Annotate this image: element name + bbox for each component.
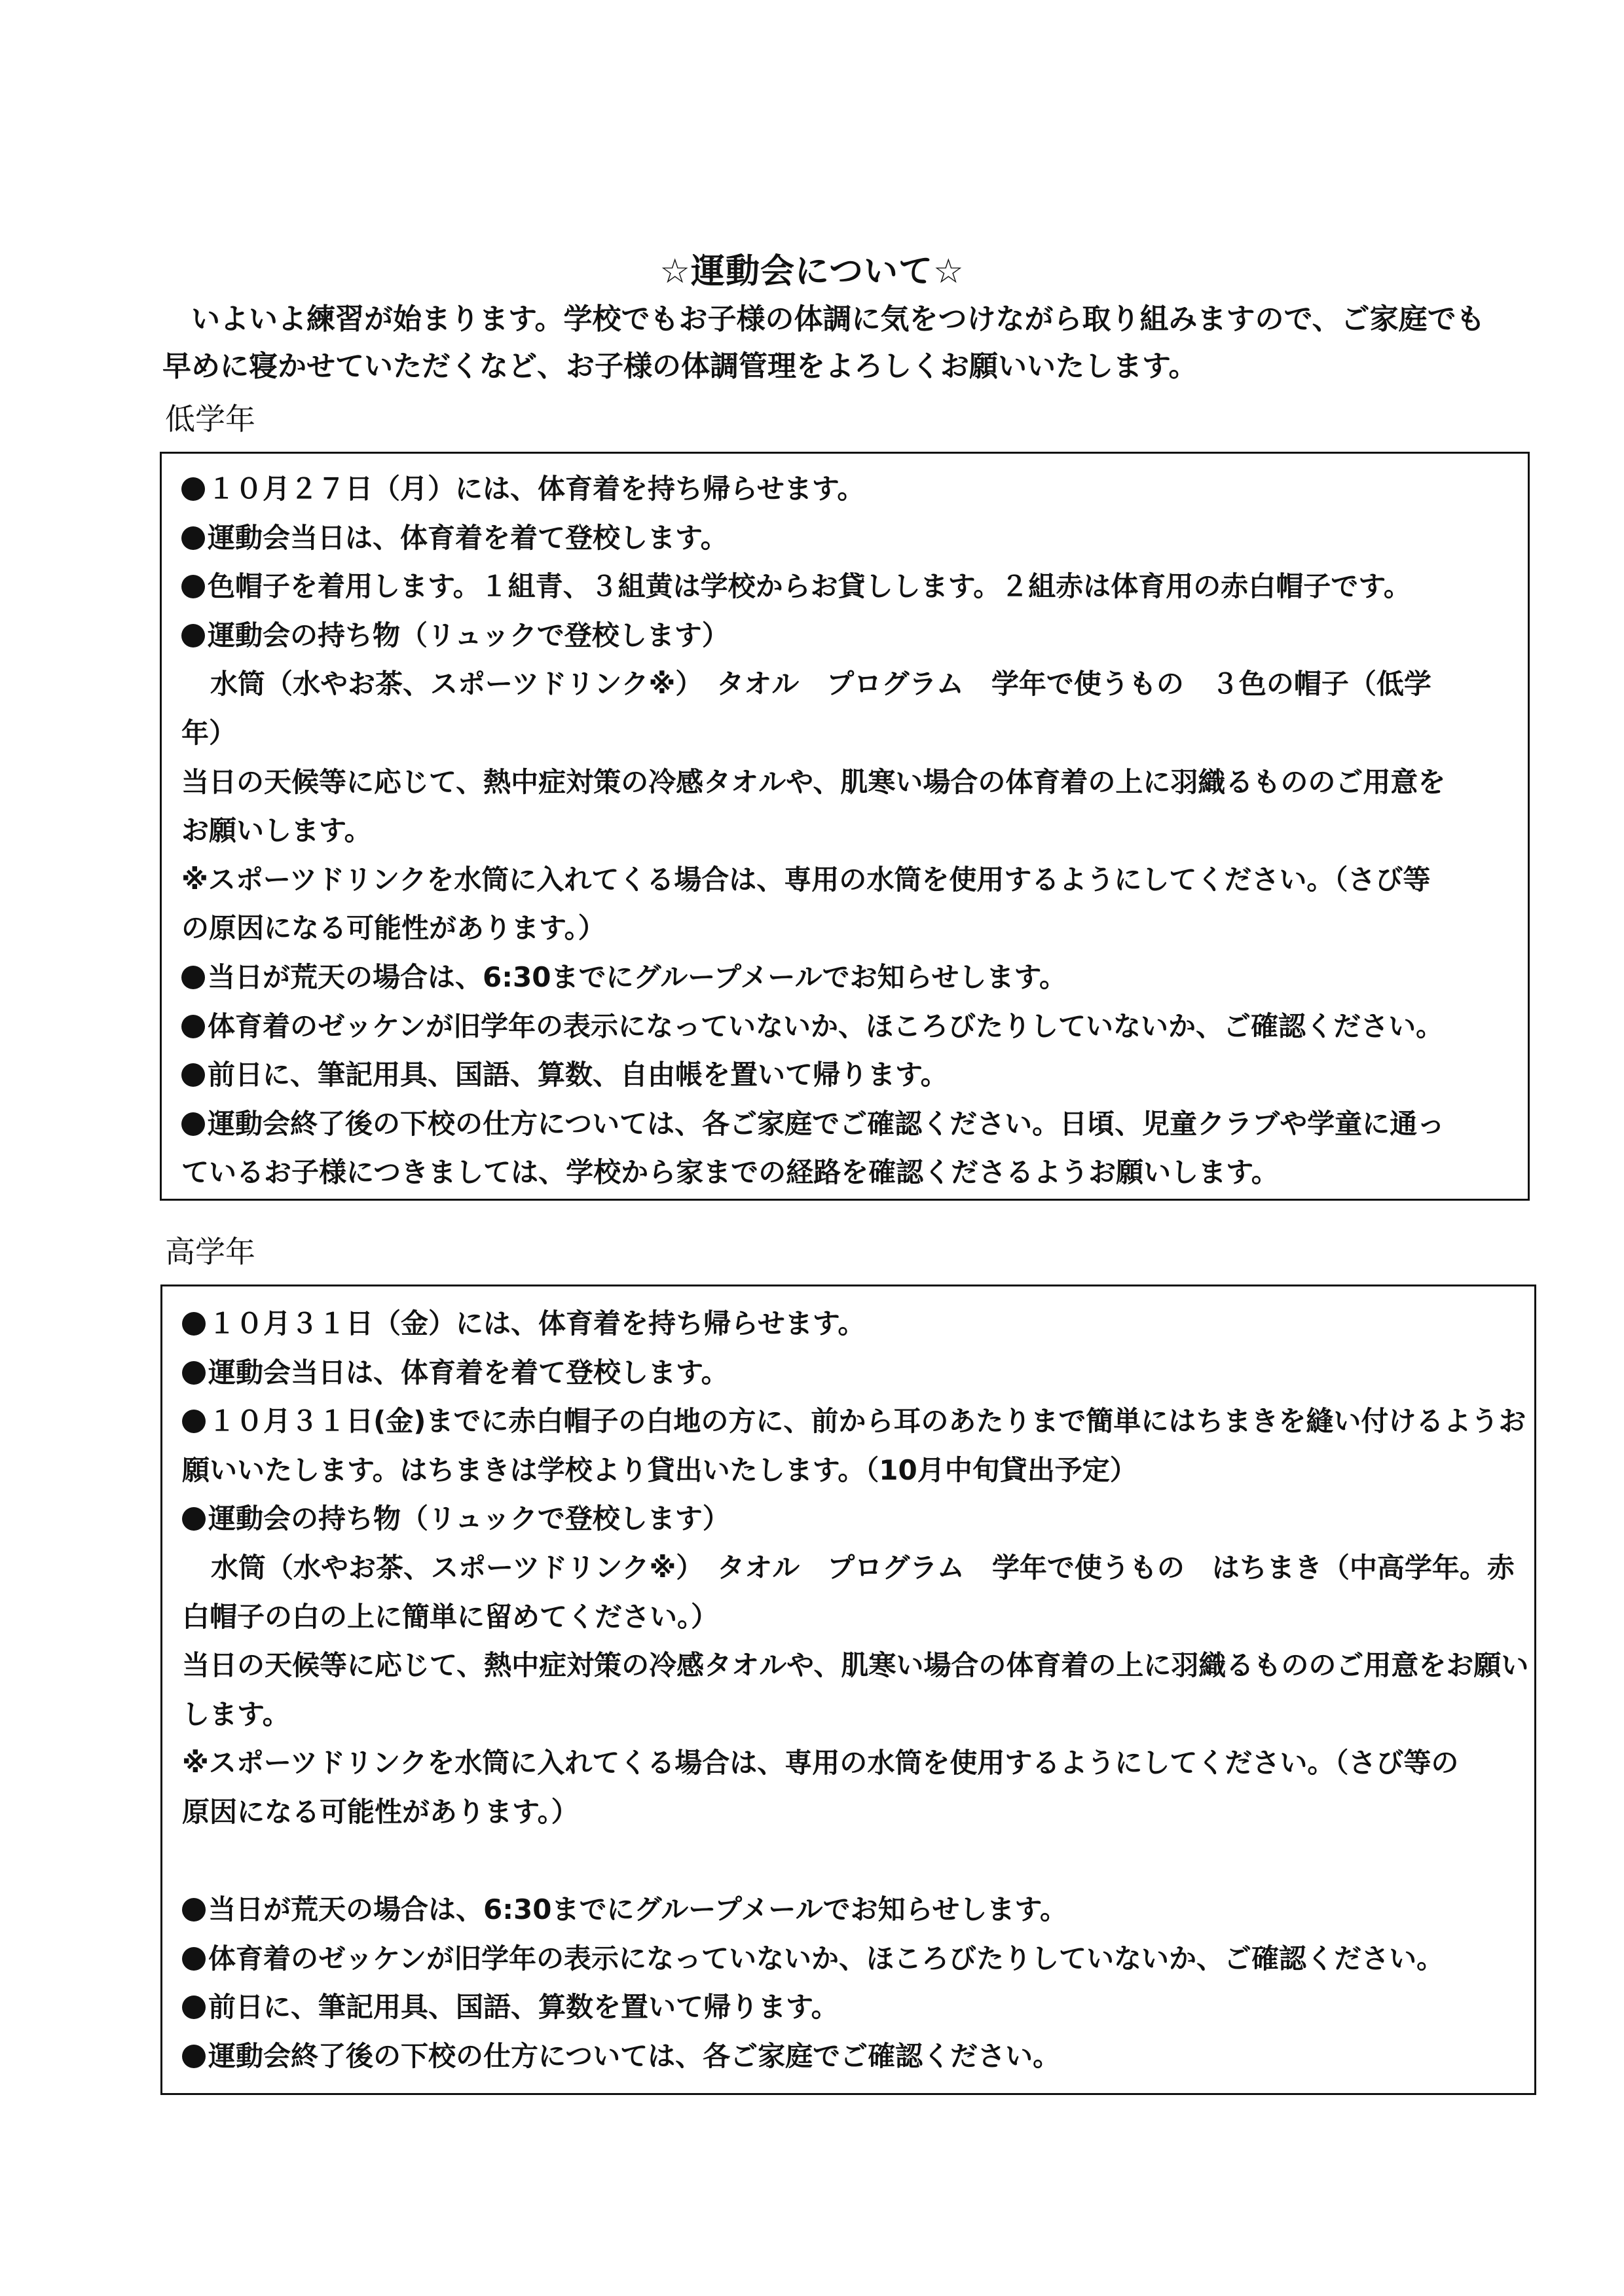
bullet-icon: [181, 966, 205, 989]
upper-grades-notice-box: １０月３１日（金）には、体育着を持ち帰らせます。運動会当日は、体育着を着て登校し…: [160, 1285, 1536, 2095]
bullet-icon: [182, 1507, 206, 1531]
row-text: １０月３１日（金）には、体育着を持ち帰らせます。: [208, 1307, 865, 1339]
bullet-icon: [182, 1312, 206, 1336]
row-text: １０月３１日(金)までに赤白帽子の白地の方に、前から耳のあたりまで簡単にはちまき…: [208, 1405, 1526, 1437]
row-text: 水筒（水やお茶、スポーツドリンク※） タオル プログラム 学年で使うもの ３色の…: [210, 668, 1431, 700]
continuation-line: 水筒（水やお茶、スポーツドリンク※） タオル プログラム 学年で使うもの ３色の…: [181, 660, 1519, 709]
row-text: ているお子様につきましては、学校から家までの経路を確認くださるようお願いします。: [181, 1156, 1279, 1188]
intro-line: 早めに寝かせていただくなど、お子様の体調管理をよろしくお願いいたします。: [162, 343, 1538, 390]
row-text: 体育着のゼッケンが旧学年の表示になっていないか、ほころびたりしていないか、ご確認…: [208, 1942, 1444, 1975]
bullet-icon: [181, 526, 205, 550]
bullet-item: 運動会終了後の下校の仕方については、各ご家庭でご確認ください。日頃、児童クラブや…: [181, 1100, 1519, 1149]
lower-grades-list: １０月２７日（月）には、体育着を持ち帰らせます。運動会当日は、体育着を着て登校し…: [181, 465, 1519, 1197]
bullet-icon: [181, 575, 205, 598]
continuation-line: 願いいたします。はちまきは学校より貸出いたします。（10月中旬貸出予定）: [182, 1446, 1525, 1495]
bullet-item: 当日が荒天の場合は、6:30までにグループメールでお知らせします。: [181, 953, 1519, 1002]
row-text: 当日の天候等に応じて、熱中症対策の冷感タオルや、肌寒い場合の体育着の上に羽織るも…: [181, 766, 1445, 798]
continuation-line: します。: [182, 1690, 1525, 1740]
continuation-line: 当日の天候等に応じて、熱中症対策の冷感タオルや、肌寒い場合の体育着の上に羽織るも…: [182, 1641, 1525, 1690]
row-text: 水筒（水やお茶、スポーツドリンク※） タオル プログラム 学年で使うもの はちま…: [211, 1552, 1515, 1584]
bullet-icon: [181, 477, 205, 501]
row-text: 運動会の持ち物（リュックで登校します）: [208, 1503, 730, 1535]
continuation-line: ているお子様につきましては、学校から家までの経路を確認くださるようお願いします。: [181, 1148, 1519, 1197]
bullet-icon: [182, 1995, 206, 2019]
bullet-item: 運動会当日は、体育着を着て登校します。: [182, 1349, 1525, 1398]
bullet-icon: [182, 1898, 206, 1922]
continuation-line: 水筒（水やお茶、スポーツドリンク※） タオル プログラム 学年で使うもの はちま…: [182, 1544, 1525, 1593]
bullet-item: 運動会当日は、体育着を着て登校します。: [181, 514, 1519, 563]
bullet-item: １０月３１日(金)までに赤白帽子の白地の方に、前から耳のあたりまで簡単にはちまき…: [182, 1397, 1525, 1446]
row-text: 運動会終了後の下校の仕方については、各ご家庭でご確認ください。: [208, 2040, 1060, 2072]
row-text: 白帽子の白の上に簡単に留めてください。）: [182, 1601, 718, 1633]
bullet-item: 運動会の持ち物（リュックで登校します）: [181, 611, 1519, 661]
continuation-line: 原因になる可能性があります。）: [182, 1788, 1525, 1837]
bullet-icon: [182, 1947, 206, 1971]
bullet-icon: [182, 2045, 206, 2068]
row-text: ※スポーツドリンクを水筒に入れてくる場合は、専用の水筒を使用するようにしてくださ…: [182, 1747, 1458, 1779]
row-text: ※スポーツドリンクを水筒に入れてくる場合は、専用の水筒を使用するようにしてくださ…: [181, 864, 1430, 896]
row-text: 当日が荒天の場合は、6:30までにグループメールでお知らせします。: [208, 961, 1067, 993]
row-text: 体育着のゼッケンが旧学年の表示になっていないか、ほころびたりしていないか、ご確認…: [208, 1010, 1443, 1042]
bullet-icon: [182, 1410, 206, 1433]
row-text: １０月２７日（月）には、体育着を持ち帰らせます。: [208, 473, 864, 505]
bullet-icon: [181, 1015, 205, 1038]
row-text: 運動会の持ち物（リュックで登校します）: [208, 619, 729, 651]
continuation-line: ※スポーツドリンクを水筒に入れてくる場合は、専用の水筒を使用するようにしてくださ…: [181, 856, 1519, 905]
bullet-icon: [181, 1063, 205, 1087]
bullet-item: 前日に、筆記用具、国語、算数、自由帳を置いて帰ります。: [181, 1051, 1519, 1100]
row-text: 当日の天候等に応じて、熱中症対策の冷感タオルや、肌寒い場合の体育着の上に羽織るも…: [182, 1649, 1528, 1681]
bullet-item: １０月３１日（金）には、体育着を持ち帰らせます。: [182, 1300, 1525, 1349]
intro-paragraph: いよいよ練習が始まります。学校でもお子様の体調に気をつけながら取り組みますので、…: [162, 296, 1538, 390]
bullet-item: 色帽子を着用します。１組青、３組黄は学校からお貸しします。２組赤は体育用の赤白帽…: [181, 562, 1519, 611]
row-text: します。: [182, 1698, 290, 1730]
upper-grades-list: １０月３１日（金）には、体育着を持ち帰らせます。運動会当日は、体育着を着て登校し…: [182, 1300, 1525, 2081]
continuation-line: の原因になる可能性があります。）: [181, 904, 1519, 953]
continuation-line: お願いします。: [181, 807, 1519, 856]
row-text: 前日に、筆記用具、国語、算数、自由帳を置いて帰ります。: [208, 1059, 948, 1091]
section-label-upper-grades: 高学年: [165, 1232, 255, 1271]
section-label-lower-grades: 低学年: [165, 399, 255, 439]
row-text: 運動会当日は、体育着を着て登校します。: [208, 1357, 729, 1389]
bullet-icon: [182, 1361, 206, 1385]
row-text: 年）: [181, 717, 236, 749]
row-text: 前日に、筆記用具、国語、算数を置いて帰ります。: [208, 1991, 839, 2023]
continuation-line: 白帽子の白の上に簡単に留めてください。）: [182, 1593, 1525, 1642]
row-text: 運動会終了後の下校の仕方については、各ご家庭でご確認ください。日頃、児童クラブや…: [208, 1108, 1445, 1140]
row-text: 当日が荒天の場合は、6:30までにグループメールでお知らせします。: [208, 1893, 1067, 1925]
page-title: ☆運動会について☆: [0, 249, 1624, 295]
bullet-item: １０月２７日（月）には、体育着を持ち帰らせます。: [181, 465, 1519, 514]
intro-line: いよいよ練習が始まります。学校でもお子様の体調に気をつけながら取り組みますので、…: [162, 296, 1538, 343]
row-text: 願いいたします。はちまきは学校より貸出いたします。（10月中旬貸出予定）: [182, 1454, 1137, 1486]
row-text: の原因になる可能性があります。）: [181, 912, 606, 944]
bullet-item: 前日に、筆記用具、国語、算数を置いて帰ります。: [182, 1983, 1525, 2032]
bullet-item: 体育着のゼッケンが旧学年の表示になっていないか、ほころびたりしていないか、ご確認…: [182, 1935, 1525, 1984]
row-text: 運動会当日は、体育着を着て登校します。: [208, 522, 728, 554]
blank-line: [182, 1837, 1525, 1886]
bullet-item: 体育着のゼッケンが旧学年の表示になっていないか、ほころびたりしていないか、ご確認…: [181, 1002, 1519, 1051]
bullet-item: 運動会の持ち物（リュックで登校します）: [182, 1495, 1525, 1544]
row-text: 色帽子を着用します。１組青、３組黄は学校からお貸しします。２組赤は体育用の赤白帽…: [208, 570, 1411, 602]
continuation-line: ※スポーツドリンクを水筒に入れてくる場合は、専用の水筒を使用するようにしてくださ…: [182, 1739, 1525, 1788]
lower-grades-notice-box: １０月２７日（月）には、体育着を持ち帰らせます。運動会当日は、体育着を着て登校し…: [160, 452, 1530, 1201]
bullet-item: 当日が荒天の場合は、6:30までにグループメールでお知らせします。: [182, 1886, 1525, 1935]
continuation-line: 当日の天候等に応じて、熱中症対策の冷感タオルや、肌寒い場合の体育着の上に羽織るも…: [181, 758, 1519, 807]
bullet-item: 運動会終了後の下校の仕方については、各ご家庭でご確認ください。: [182, 2032, 1525, 2081]
row-text: 原因になる可能性があります。）: [182, 1796, 579, 1828]
row-text: お願いします。: [181, 814, 372, 847]
bullet-icon: [181, 624, 205, 647]
bullet-icon: [181, 1112, 205, 1136]
continuation-line: 年）: [181, 709, 1519, 758]
